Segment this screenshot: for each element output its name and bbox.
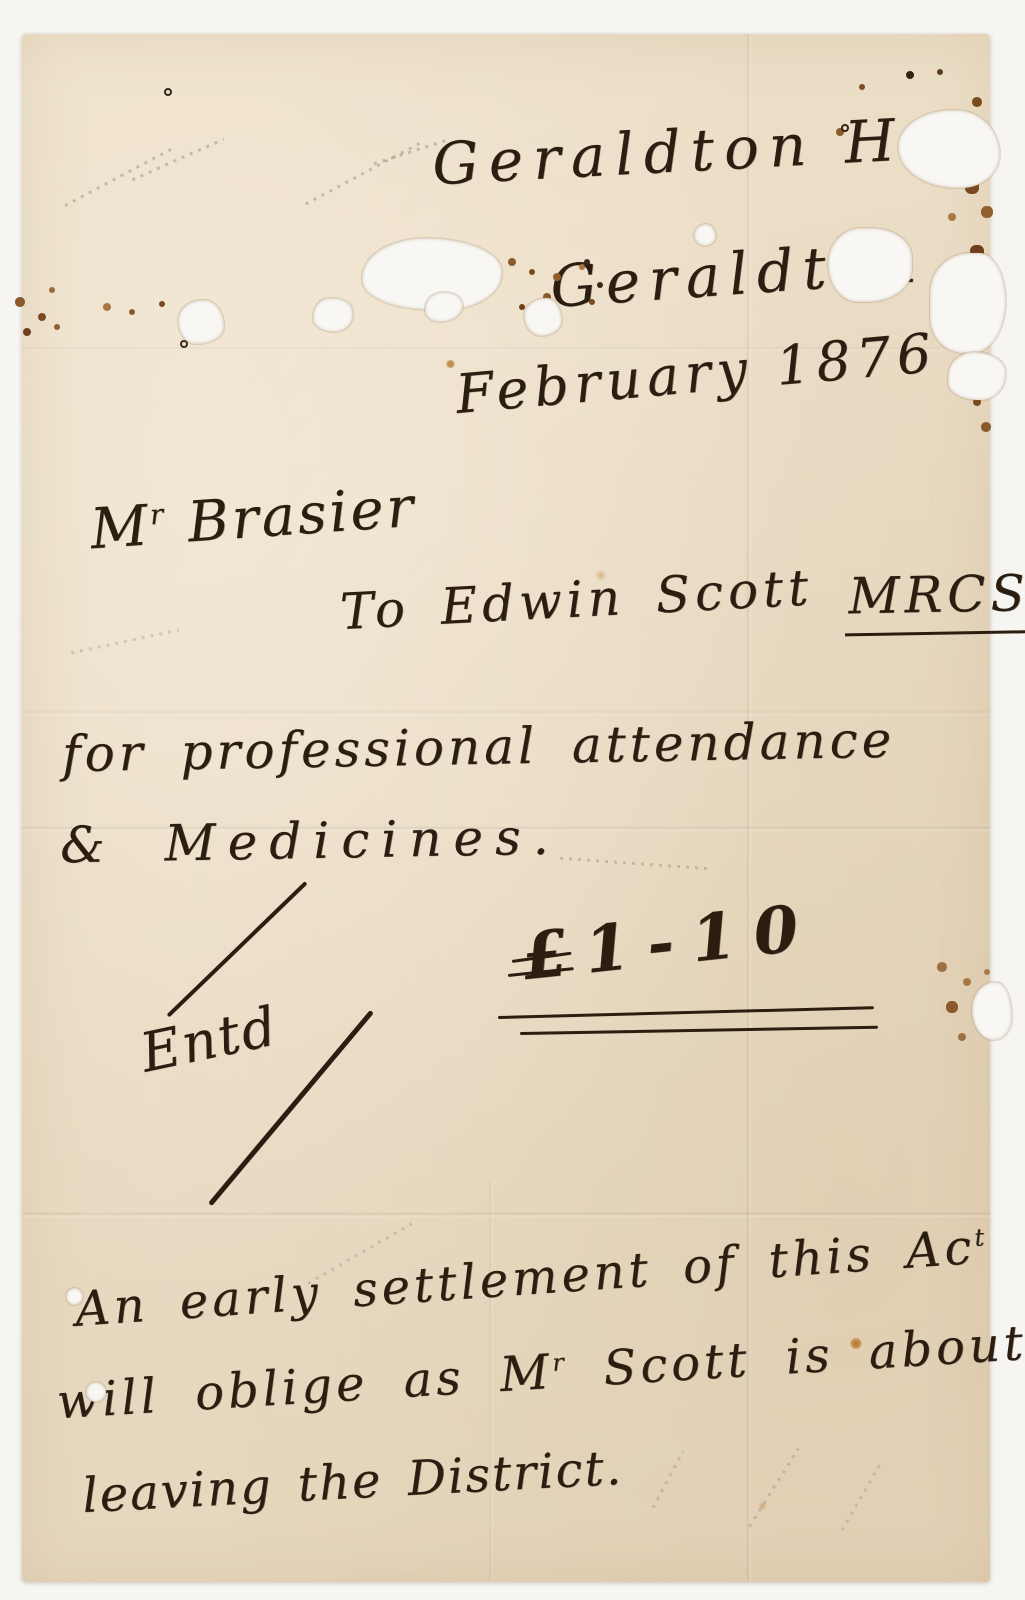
request-line-1-superscript: t (974, 1223, 990, 1252)
stain-cluster-right-mid (925, 950, 929, 954)
dark-speck (166, 90, 170, 94)
pin-hole (86, 1382, 106, 1402)
yellow-stain (850, 1338, 862, 1349)
tear-hole (828, 228, 912, 302)
credentials-underlined: MRCS &c (844, 562, 1025, 636)
stain-cluster-mid-holes (500, 245, 504, 249)
yellow-stain (446, 360, 455, 368)
stain-cluster-top-right (880, 55, 884, 59)
scanned-letter-canvas: Geraldton H Geraldton February 1876 Mr B… (0, 0, 1025, 1600)
pin-hole (66, 1288, 83, 1305)
yellow-stain (594, 570, 608, 581)
dark-speck (182, 342, 186, 346)
tear-hole (524, 298, 562, 336)
edge-tear (948, 352, 1006, 400)
dark-speck (843, 126, 847, 130)
service-line-2: & Medicines. (60, 808, 561, 875)
edge-notch (972, 982, 1012, 1040)
edge-tear (930, 253, 1006, 353)
yellow-stain (758, 1502, 767, 1510)
addressee-prefix: M (88, 493, 153, 562)
tear-hole (313, 298, 353, 332)
stain-cluster-left-edge (10, 280, 14, 284)
tear-hole (694, 224, 716, 246)
tear-hole (178, 300, 224, 344)
